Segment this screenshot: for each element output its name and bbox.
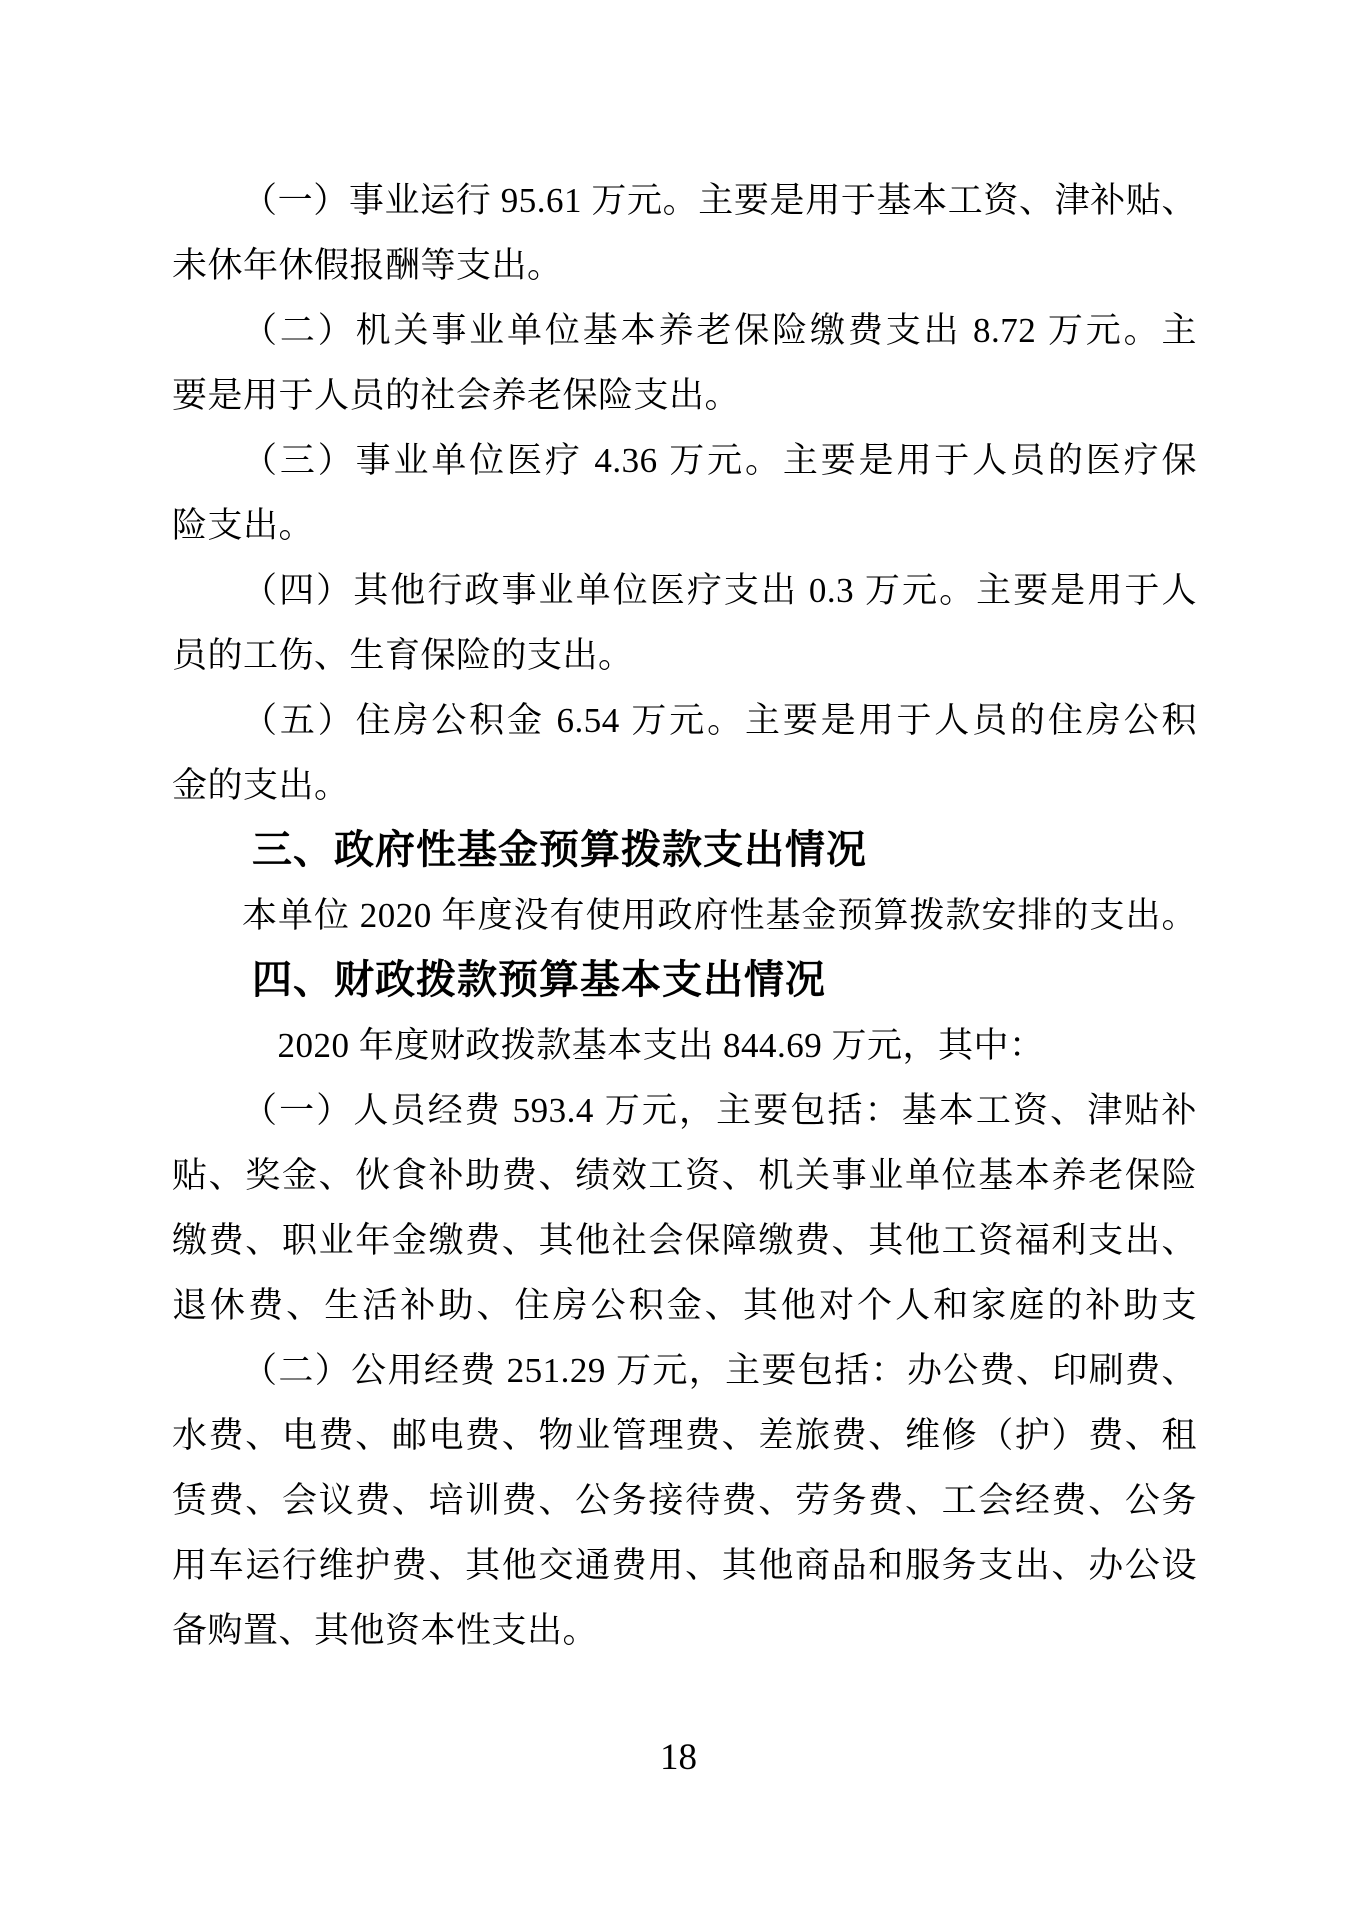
text-line: 员的工伤、生育保险的支出。 [172, 623, 1197, 688]
text-line: 用车运行维护费、其他交通费用、其他商品和服务支出、办公设 [172, 1533, 1197, 1598]
paragraph: （三）事业单位医疗 4.36 万元。主要是用于人员的医疗保险支出。 [172, 428, 1197, 558]
document-body: （一）事业运行 95.61 万元。主要是用于基本工资、津补贴、未休年休假报酬等支… [172, 168, 1197, 1663]
text-line: （一）事业运行 95.61 万元。主要是用于基本工资、津补贴、 [172, 168, 1197, 233]
paragraph: （四）其他行政事业单位医疗支出 0.3 万元。主要是用于人员的工伤、生育保险的支… [172, 558, 1197, 688]
text-line: 金的支出。 [172, 753, 1197, 818]
text-line: 贴、奖金、伙食补助费、绩效工资、机关事业单位基本养老保险 [172, 1143, 1197, 1208]
paragraph: （一）人员经费 593.4 万元，主要包括：基本工资、津贴补贴、奖金、伙食补助费… [172, 1078, 1197, 1338]
text-line: 本单位 2020 年度没有使用政府性基金预算拨款安排的支出。 [172, 883, 1197, 948]
text-line: 未休年休假报酬等支出。 [172, 233, 1197, 298]
text-line: （五）住房公积金 6.54 万元。主要是用于人员的住房公积 [172, 688, 1197, 753]
text-line: （一）人员经费 593.4 万元，主要包括：基本工资、津贴补 [172, 1078, 1197, 1143]
text-line: 要是用于人员的社会养老保险支出。 [172, 363, 1197, 428]
text-line: 险支出。 [172, 493, 1197, 558]
text-line: 备购置、其他资本性支出。 [172, 1598, 1197, 1663]
text-line: 四、财政拨款预算基本支出情况 [172, 948, 1197, 1013]
text-line: 水费、电费、邮电费、物业管理费、差旅费、维修（护）费、租 [172, 1403, 1197, 1468]
document-page: （一）事业运行 95.61 万元。主要是用于基本工资、津补贴、未休年休假报酬等支… [0, 0, 1357, 1920]
paragraph: 2020 年度财政拨款基本支出 844.69 万元，其中： [172, 1013, 1197, 1078]
section-heading: 三、政府性基金预算拨款支出情况 [172, 818, 1197, 883]
page-number: 18 [0, 1725, 1357, 1790]
paragraph: （五）住房公积金 6.54 万元。主要是用于人员的住房公积金的支出。 [172, 688, 1197, 818]
text-line: （三）事业单位医疗 4.36 万元。主要是用于人员的医疗保 [172, 428, 1197, 493]
paragraph: （二）公用经费 251.29 万元，主要包括：办公费、印刷费、水费、电费、邮电费… [172, 1338, 1197, 1663]
paragraph: 本单位 2020 年度没有使用政府性基金预算拨款安排的支出。 [172, 883, 1197, 948]
paragraph: （二）机关事业单位基本养老保险缴费支出 8.72 万元。主要是用于人员的社会养老… [172, 298, 1197, 428]
text-line: （二）公用经费 251.29 万元，主要包括：办公费、印刷费、 [172, 1338, 1197, 1403]
text-line: 2020 年度财政拨款基本支出 844.69 万元，其中： [172, 1013, 1197, 1078]
section-heading: 四、财政拨款预算基本支出情况 [172, 948, 1197, 1013]
text-line: 退休费、生活补助、住房公积金、其他对个人和家庭的补助支出。 [172, 1273, 1197, 1338]
text-line: （四）其他行政事业单位医疗支出 0.3 万元。主要是用于人 [172, 558, 1197, 623]
text-line: （二）机关事业单位基本养老保险缴费支出 8.72 万元。主 [172, 298, 1197, 363]
paragraph: （一）事业运行 95.61 万元。主要是用于基本工资、津补贴、未休年休假报酬等支… [172, 168, 1197, 298]
text-line: 赁费、会议费、培训费、公务接待费、劳务费、工会经费、公务 [172, 1468, 1197, 1533]
text-line: 缴费、职业年金缴费、其他社会保障缴费、其他工资福利支出、 [172, 1208, 1197, 1273]
text-line: 三、政府性基金预算拨款支出情况 [172, 818, 1197, 883]
